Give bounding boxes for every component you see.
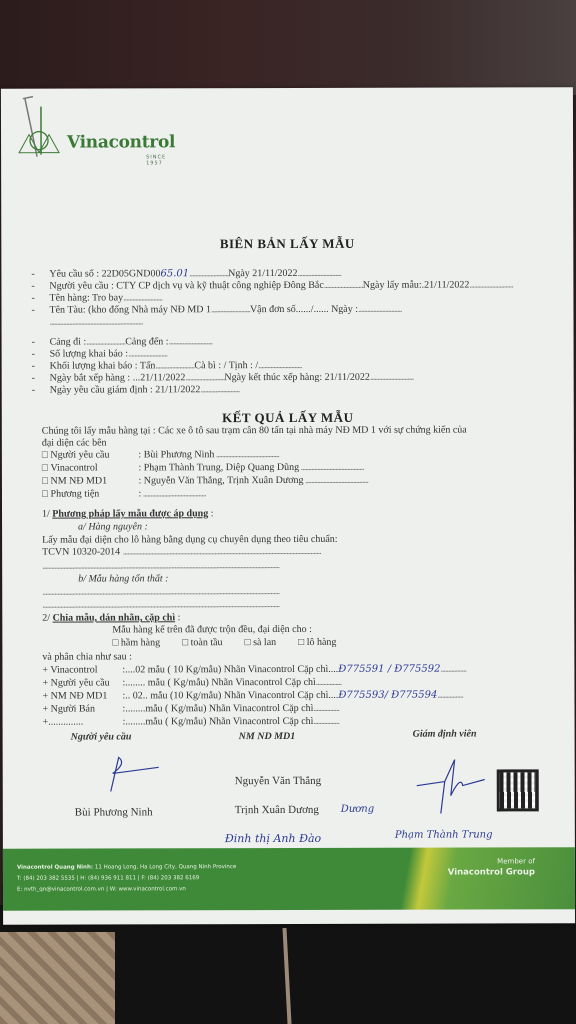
section-2-title: Chia mẫu, dán nhãn, cặp chì — [53, 612, 176, 623]
requester-signature-title: Người yêu cầu — [71, 731, 132, 742]
row-quantity: :........mẫu ( Kg/mẫu) Nhãn Vinacontrol … — [123, 716, 314, 727]
party-names: : Phạm Thành Trung, Diệp Quang Dũng — [138, 462, 299, 473]
header-field: -Tên hàng: Tro bay......................… — [31, 292, 162, 304]
inspector-signature-title: Giám định viên — [413, 729, 477, 740]
sample-options: □ hầm hàng□ toàn tầu□ sà lan□ lô hàng — [112, 637, 358, 650]
section-1-number: 1/ — [42, 509, 50, 520]
party-row: □ Người yêu cầu: Bùi Phương Ninh .......… — [42, 449, 279, 462]
field-tail: Vận đơn số....../...... Ngày : — [250, 304, 358, 315]
party-names: : Nguyễn Văn Thắng, Trịnh Xuân Dương — [138, 475, 303, 486]
checkbox-icon: □ — [42, 463, 51, 474]
party-row: □ Vinacontrol: Phạm Thành Trung, Diệp Qu… — [42, 462, 364, 475]
row-seal: Đ775591 / Đ775592 — [338, 664, 440, 675]
qr-code — [497, 769, 539, 811]
mixed-text: Mẫu hàng kể trên đã được trộn đều, đại d… — [112, 624, 312, 637]
option-label: hầm hàng — [121, 637, 160, 648]
party-role: Vinacontrol — [50, 462, 138, 474]
footer-office: Vinacontrol Quang Ninh: — [17, 865, 93, 871]
header-field: -Khối lượng khai báo : Tấn..............… — [32, 360, 302, 373]
extra-handwritten-signature: Đinh thị Anh Đào — [225, 832, 321, 845]
scales-icon — [15, 95, 65, 165]
document-page: Vinacontrol SINCE 1957 BIÊN BẢN LẤY MẪU … — [1, 87, 575, 924]
header-field: -Người yêu cầu : CTY CP dịch vụ và kỹ th… — [31, 279, 512, 292]
row-party: + Người Bán — [43, 703, 123, 715]
inspector-signature-mark — [415, 755, 495, 815]
field-label: Khối lượng khai báo : Tấn — [50, 360, 156, 371]
background-floor — [0, 932, 115, 1024]
sample-row: + Người yêu cầu:........ mẫu ( Kg/mẫu) N… — [42, 677, 341, 690]
intro-line-2: đại diện các bên — [42, 437, 107, 449]
standard-field: TCVN 10320-2014 ........................… — [42, 546, 321, 559]
footer-web: E: nvth_qn@vinacontrol.com.vn | W: www.v… — [17, 886, 186, 892]
field-label: Số lượng khai báo : — [50, 348, 129, 359]
section-1-title: Phương pháp lấy mẫu được áp dụng — [52, 508, 208, 519]
section-1a-text: Lấy mẫu đại diện cho lô hàng bằng dụng c… — [42, 534, 338, 547]
header-field: -Số lượng khai báo :....................… — [32, 348, 168, 360]
document-title: BIÊN BẢN LẤY MẪU — [1, 235, 573, 252]
party-names: : Bùi Phương Ninh — [138, 449, 214, 460]
member-group-label: Vinacontrol Group — [448, 867, 535, 877]
background-top — [0, 0, 576, 95]
field-tail: Ngày kết thúc xếp hàng: 21/11/2022 — [224, 372, 369, 383]
option-label: toàn tầu — [191, 637, 223, 648]
section-1b-label: b/ Mẫu hàng tổn thất : — [78, 573, 168, 585]
field-tail: Cà bì : / Tịnh : / — [194, 360, 258, 371]
row-party: +.............. — [43, 716, 123, 728]
party-row: □ Phương tiện: .........................… — [42, 488, 206, 500]
field-tail: Ngày lấy mẫu:.21/11/2022 — [363, 280, 470, 291]
header-field: -Ngày bắt xếp hàng : ...21/11/2022......… — [32, 372, 414, 385]
checkbox-icon: □ — [42, 476, 51, 487]
party-role: Phương tiện — [51, 488, 139, 500]
row-party: + NM NĐ MD1 — [42, 690, 122, 702]
section-2-number: 2/ — [42, 613, 50, 624]
option-checkbox: □ toàn tầu — [182, 637, 223, 648]
row-quantity: :........ mẫu ( Kg/mẫu) Nhãn Vinacontrol… — [122, 677, 315, 689]
plant-name-2: Trịnh Xuân Dương — [235, 804, 319, 816]
row-quantity: :........mẫu ( Kg/mẫu) Nhãn Vinacontrol … — [123, 703, 314, 714]
field-label: Tên hàng: Tro bay — [49, 292, 123, 303]
footer-address-text: 11 Hoang Long, Ha Long City, Quang Ninh … — [95, 864, 236, 870]
row-quantity: :.. 02.. mẫu (10 Kg/mẫu) Nhãn Vinacontro… — [122, 690, 338, 702]
field-label: Tên Tàu: (kho đống Nhà máy NĐ MD 1 — [49, 304, 210, 315]
option-checkbox: □ sà lan — [245, 637, 277, 648]
header-field: -Tên Tàu: (kho đống Nhà máy NĐ MD 1.....… — [31, 304, 401, 317]
handwritten-value: 65.01 — [160, 268, 189, 279]
row-quantity: :....02 mẫu ( 10 Kg/mẫu) Nhãn Vinacontro… — [122, 664, 338, 676]
section-2-heading: 2/ Chia mẫu, dán nhãn, cặp chì : — [42, 612, 180, 624]
inspector-handwritten-name: Phạm Thành Trung — [395, 829, 493, 840]
split-text: và phân chia như sau : — [42, 651, 132, 663]
intro-line-1: Chúng tôi lấy mẫu hàng tại : Các xe ô tô… — [42, 425, 467, 438]
footer-address: Vinacontrol Quang Ninh: 11 Hoang Long, H… — [17, 864, 236, 871]
member-of-label: Member of — [497, 857, 535, 865]
sample-row: + Người Bán:........mẫu ( Kg/mẫu) Nhãn V… — [43, 703, 339, 716]
option-checkbox: □ lô hàng — [298, 637, 336, 648]
header-field: -Ngày yêu cầu giám định : 21/11/2022....… — [32, 384, 240, 397]
plant-name-1: Nguyễn Văn Thắng — [235, 775, 321, 787]
section-1-heading: 1/ Phương pháp lấy mẫu được áp dụng : — [42, 508, 214, 520]
logo-wordmark: Vinacontrol — [67, 132, 175, 152]
option-label: sà lan — [253, 637, 276, 648]
field-tail: Cảng đến : — [125, 336, 168, 347]
header-field: -Yêu cầu số : 22D05GND0065.01...........… — [31, 268, 341, 281]
plant-signature-title: NM ND MD1 — [239, 731, 296, 742]
plant-handwritten-signature: Dương — [341, 804, 374, 815]
row-seal: Đ775593/ Đ775594 — [338, 690, 437, 701]
option-label: lô hàng — [307, 637, 337, 648]
field-label: Cảng đi : — [50, 337, 87, 348]
option-checkbox: □ hầm hàng — [112, 637, 160, 648]
dotted-line: ........................................… — [42, 599, 279, 612]
header-field: -Cảng đi :..........................Cảng… — [32, 336, 213, 348]
row-party: + Người yêu cầu — [42, 677, 122, 689]
dotted-line: ........................................… — [42, 586, 279, 599]
field-label: Ngày bắt xếp hàng : ...21/11/2022 — [50, 372, 186, 383]
party-role: NM NĐ MD1 — [50, 475, 138, 487]
requester-signature-mark — [91, 753, 161, 793]
footer-band: Vinacontrol Quang Ninh: 11 Hoang Long, H… — [3, 847, 575, 910]
dotted-line: ........................................… — [42, 560, 279, 573]
field-label: Ngày yêu cầu giám định : 21/11/2022 — [50, 384, 201, 395]
sample-row: +..............:........mẫu ( Kg/mẫu) Nh… — [43, 716, 339, 729]
field-tail: Ngày 21/11/2022 — [228, 268, 297, 279]
standard-value: TCVN 10320-2014 — [42, 546, 120, 557]
dotted-line: ........................................… — [50, 316, 143, 328]
sample-row: + NM NĐ MD1:.. 02.. mẫu (10 Kg/mẫu) Nhãn… — [42, 690, 462, 703]
checkbox-icon: □ — [42, 489, 51, 500]
vinacontrol-logo: Vinacontrol SINCE 1957 — [15, 94, 185, 164]
section-1a-label: a/ Hàng nguyên : — [78, 521, 148, 533]
field-label: Yêu cầu số : 22D05GND00 — [49, 268, 160, 279]
requester-name: Bùi Phương Ninh — [75, 806, 153, 818]
party-role: Người yêu cầu — [50, 449, 138, 461]
party-row: □ NM NĐ MD1: Nguyễn Văn Thắng, Trịnh Xuâ… — [42, 475, 368, 488]
field-label: Người yêu cầu : CTY CP dịch vụ và kỹ thu… — [49, 280, 323, 292]
row-party: + Vinacontrol — [42, 664, 122, 676]
logo-tagline: SINCE 1957 — [146, 154, 185, 166]
sample-row: + Vinacontrol:....02 mẫu ( 10 Kg/mẫu) Nh… — [42, 664, 466, 677]
checkbox-icon: □ — [42, 450, 51, 461]
footer-phones: T: (84) 203 382 5535 | H: (84) 936 911 8… — [17, 875, 199, 881]
